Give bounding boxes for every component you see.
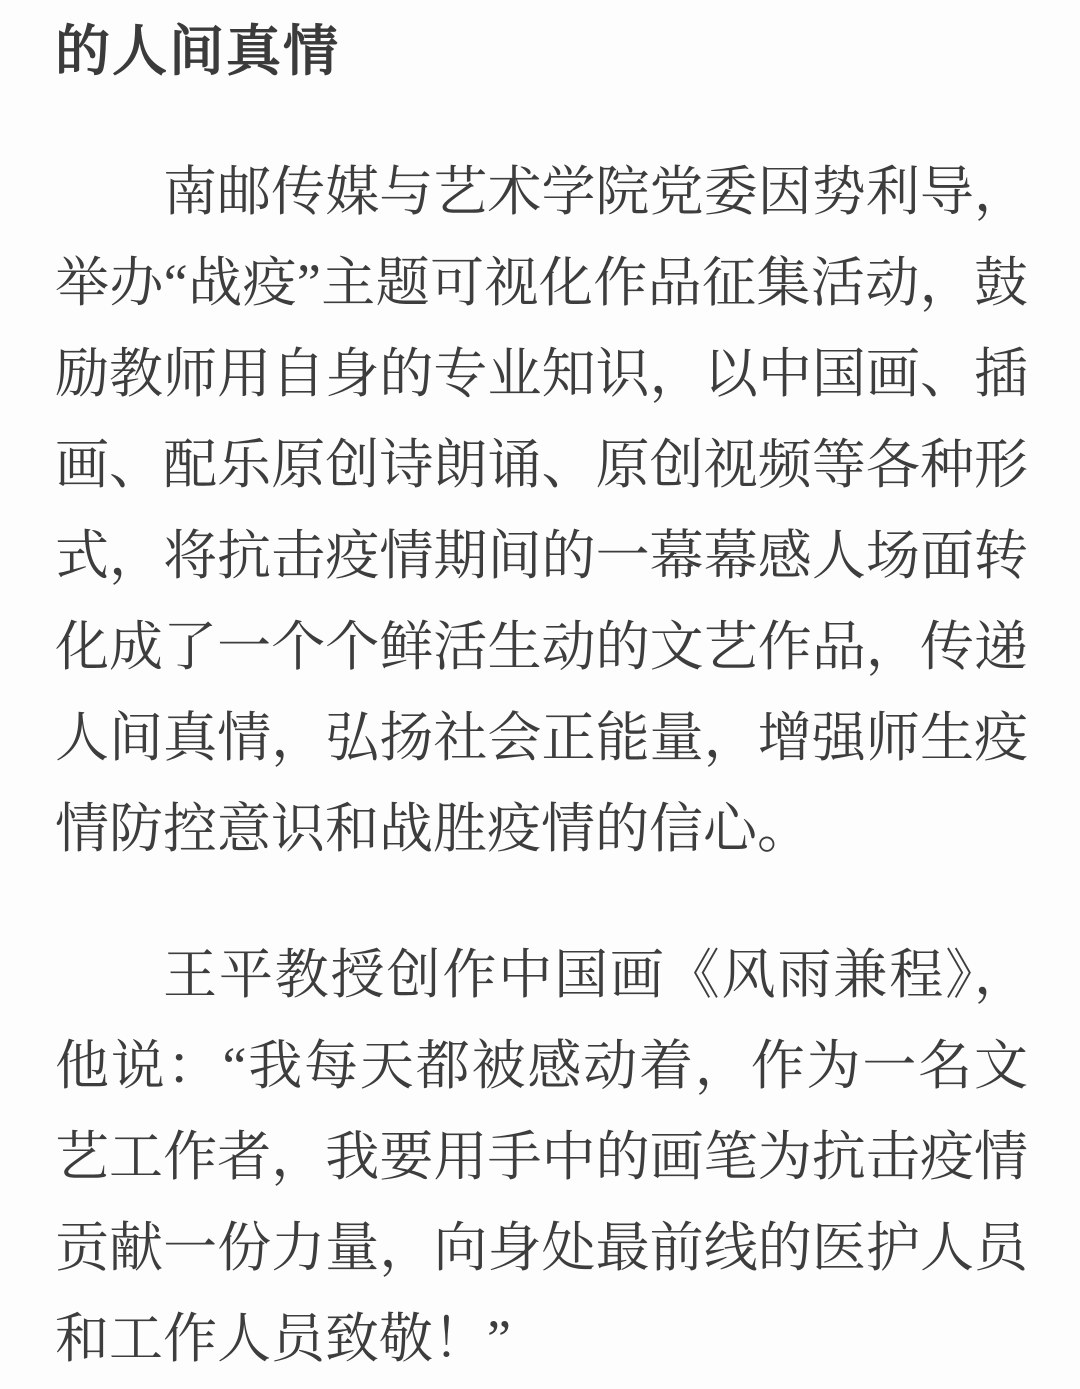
paragraph-2: 王平教授创作中国画《风雨兼程》，他说：“我每天都被感动着，作为一名文艺工作者，我…: [55, 930, 1028, 1385]
page-title: 的人间真情: [55, 16, 1028, 86]
paragraph-1: 南邮传媒与艺术学院党委因势利导，举办“战疫”主题可视化作品征集活动，鼓励教师用自…: [55, 147, 1028, 875]
document-page: 的人间真情 南邮传媒与艺术学院党委因势利导，举办“战疫”主题可视化作品征集活动，…: [0, 0, 1080, 1389]
